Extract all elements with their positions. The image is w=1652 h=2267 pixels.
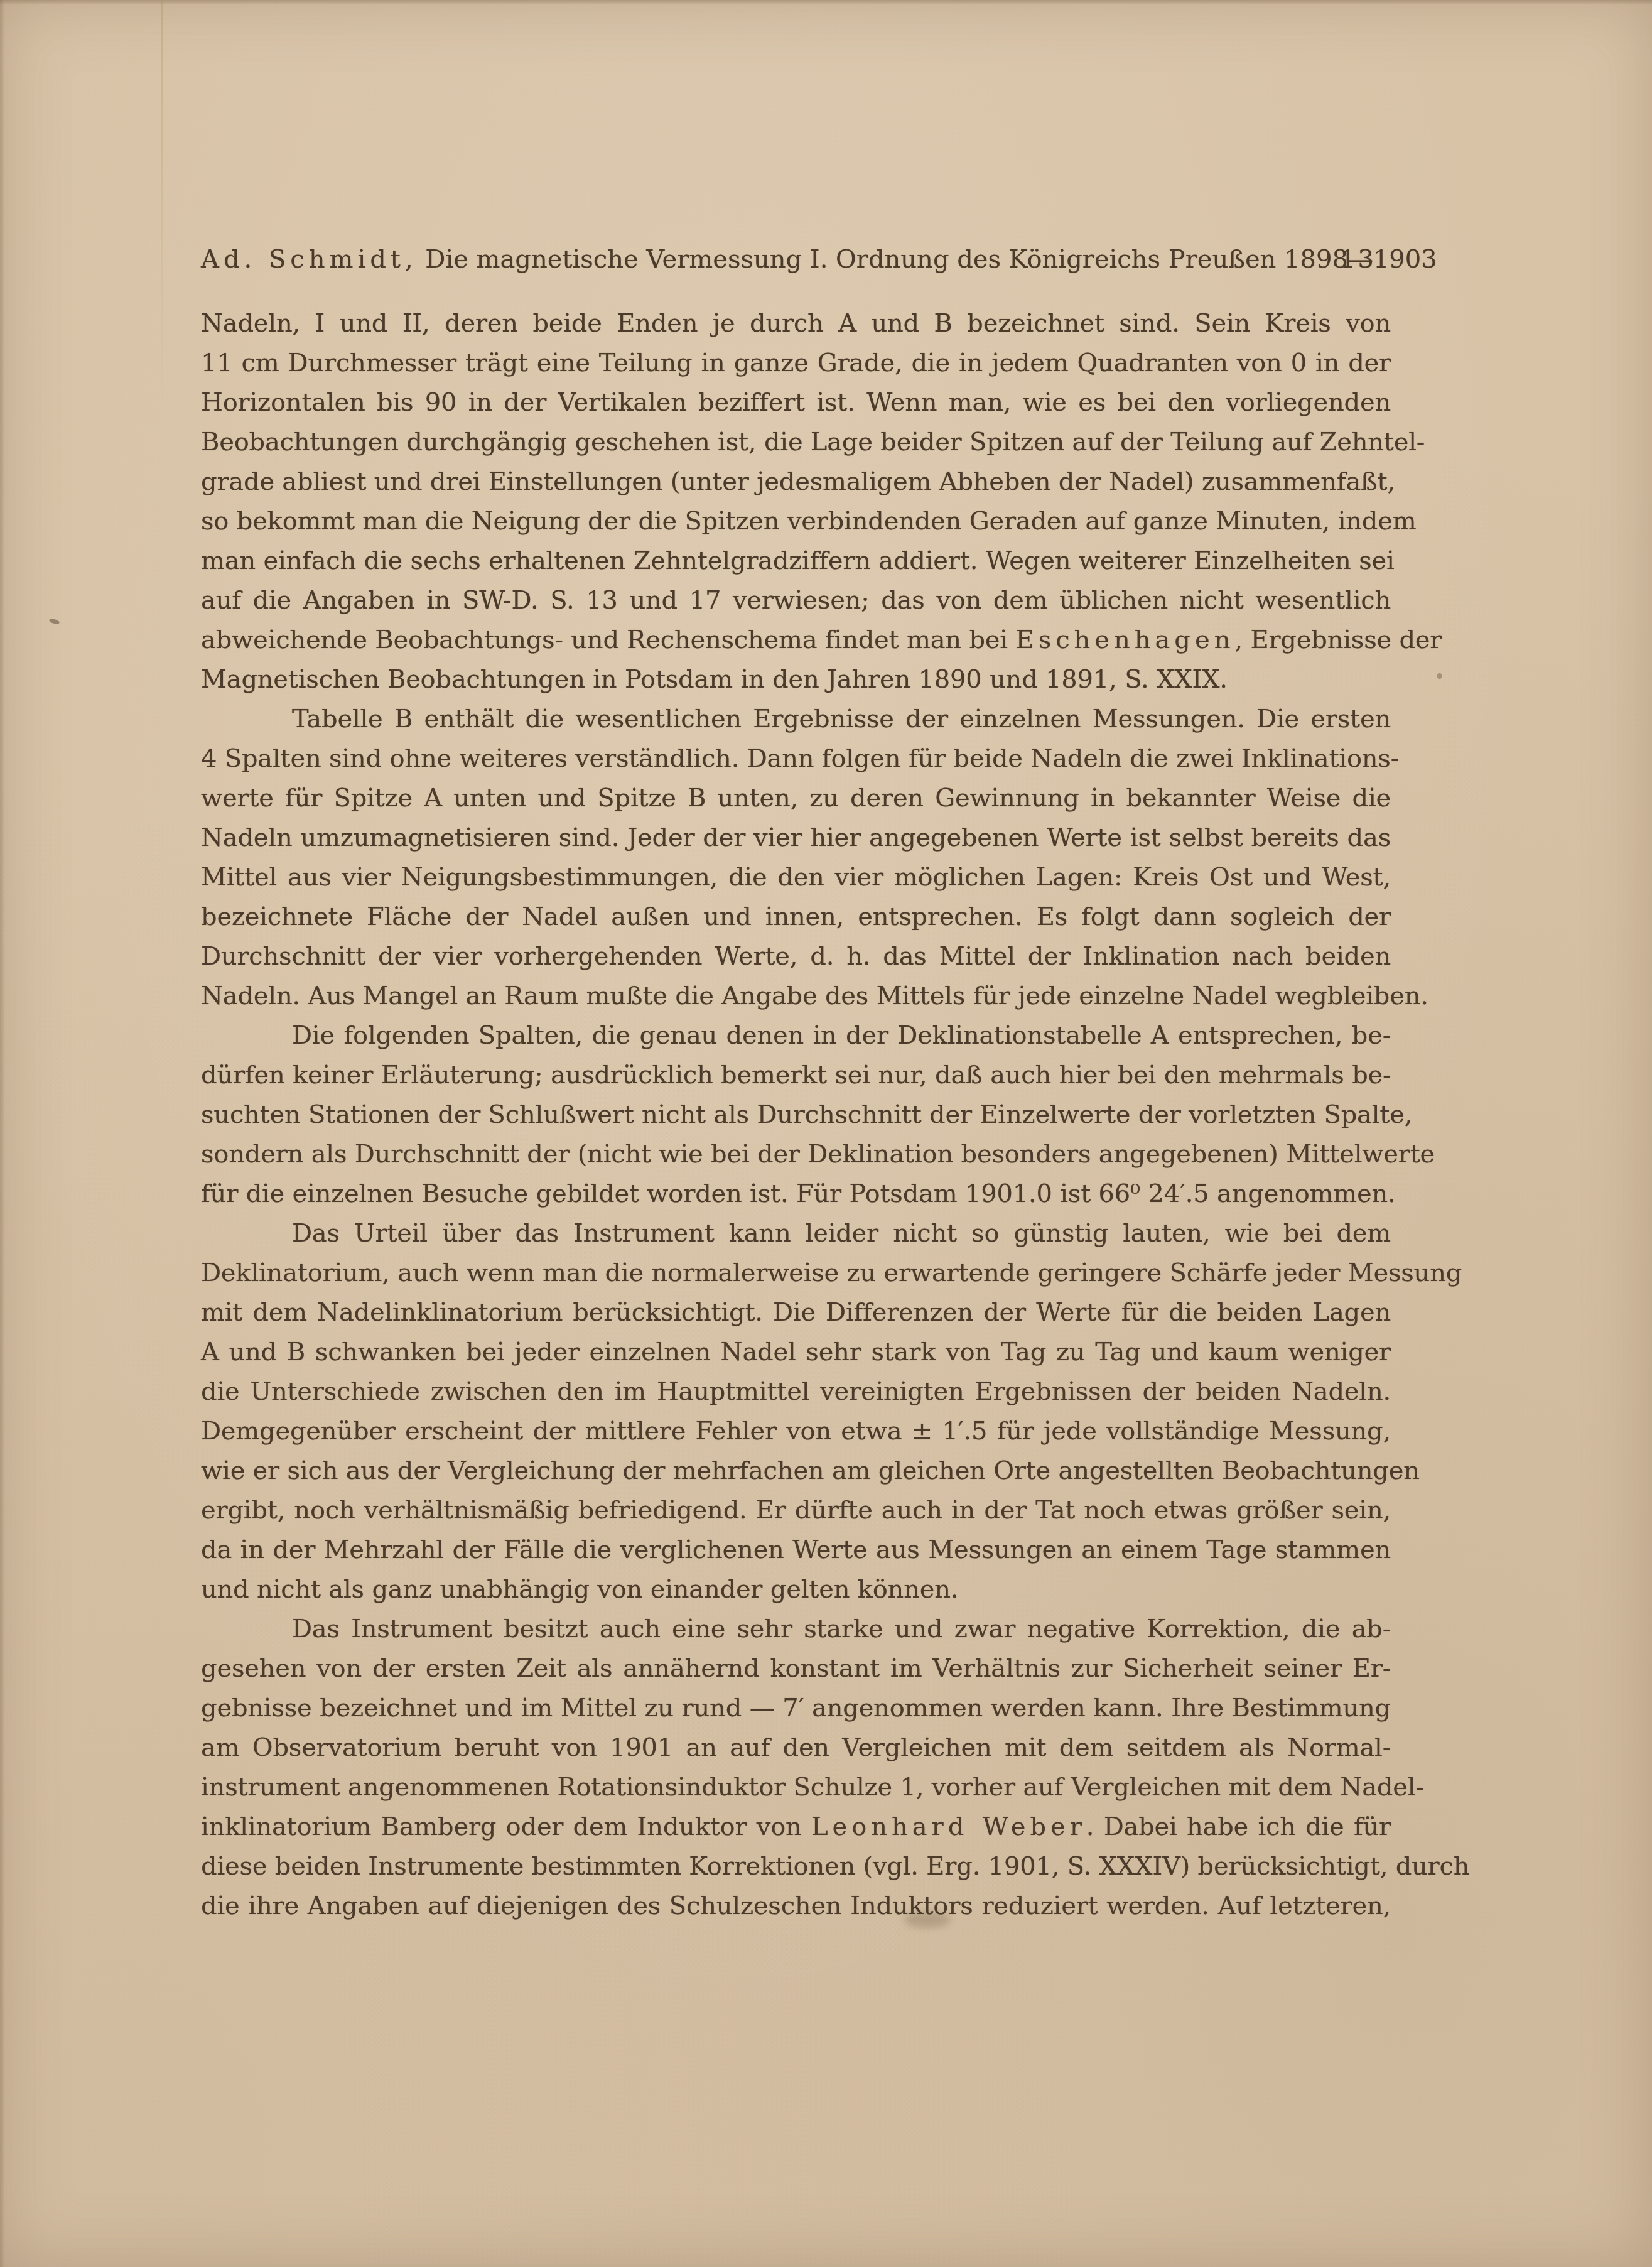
text-run: 4 Spalten sind ohne weiteres verständlic…: [201, 744, 1399, 773]
text-line: Magnetischen Beobachtungen in Potsdam in…: [201, 660, 1391, 700]
text-line: Beobachtungen durchgängig geschehen ist,…: [201, 423, 1391, 462]
scanned-book-page: Ad. Schmidt, Die magnetische Vermessung …: [0, 0, 1652, 2267]
running-head: Ad. Schmidt, Die magnetische Vermessung …: [201, 243, 1391, 276]
paragraph: Das Urteil über das Instrument kann leid…: [201, 1214, 1391, 1610]
text-line: diese beiden Instrumente bestimmten Korr…: [201, 1847, 1391, 1886]
text-line: Horizontalen bis 90 in der Vertikalen be…: [201, 383, 1391, 423]
text-run: sondern als Durchschnitt der (nicht wie …: [201, 1140, 1435, 1169]
text-run: Demgegenüber erscheint der mittlere Fehl…: [201, 1417, 1391, 1446]
text-line: Das Urteil über das Instrument kann leid…: [201, 1214, 1391, 1253]
text-run: Nadeln, I und II, deren beide Enden je d…: [201, 309, 1391, 338]
text-line: abweichende Beobachtungs- und Rechensche…: [201, 620, 1391, 660]
text-line: man einfach die sechs erhaltenen Zehntel…: [201, 541, 1391, 581]
text-run: 11 cm Durchmesser trägt eine Teilung in …: [201, 349, 1391, 377]
text-line: Demgegenüber erscheint der mittlere Fehl…: [201, 1412, 1391, 1451]
text-line: Nadeln. Aus Mangel an Raum mußte die Ang…: [201, 977, 1391, 1016]
text-line: mit dem Nadelinklinatorium berücksichtig…: [201, 1293, 1391, 1333]
text-line: 4 Spalten sind ohne weiteres verständlic…: [201, 739, 1391, 779]
page-body-text: Nadeln, I und II, deren beide Enden je d…: [201, 304, 1391, 1926]
paragraph: Das Instrument besitzt auch eine sehr st…: [201, 1610, 1391, 1926]
text-line: und nicht als ganz unabhängig von einand…: [201, 1570, 1391, 1610]
text-run: Das Urteil über das Instrument kann leid…: [292, 1219, 1391, 1248]
text-run: A und B schwanken bei jeder einzelnen Na…: [201, 1338, 1391, 1366]
text-line: für die einzelnen Besuche gebildet worde…: [201, 1174, 1391, 1214]
text-line: gesehen von der ersten Zeit als annähern…: [201, 1649, 1391, 1689]
page-left-edge-shadow: [0, 0, 5, 2267]
text-run: am Observatorium beruht von 1901 an auf …: [201, 1733, 1391, 1762]
running-head-author: Ad. Schmidt,: [201, 245, 418, 274]
text-line: ergibt, noch verhältnismäßig befriedigen…: [201, 1491, 1391, 1530]
text-run: . Dabei habe ich die für: [1086, 1812, 1391, 1841]
text-run: mit dem Nadelinklinatorium berücksichtig…: [201, 1298, 1391, 1327]
text-run: Die folgenden Spalten, die genau denen i…: [292, 1021, 1391, 1050]
text-run: , Ergebnisse der: [1234, 625, 1442, 654]
text-line: Mittel aus vier Neigungsbestimmungen, di…: [201, 858, 1391, 897]
text-run: wie er sich aus der Vergleichung der meh…: [201, 1456, 1420, 1485]
letterspaced-name: Eschenhagen: [1015, 625, 1234, 654]
text-run: man einfach die sechs erhaltenen Zehntel…: [201, 546, 1395, 575]
text-line: Das Instrument besitzt auch eine sehr st…: [201, 1610, 1391, 1649]
text-run: Nadeln. Aus Mangel an Raum mußte die Ang…: [201, 982, 1428, 1010]
text-line: gebnisse bezeichnet und im Mittel zu run…: [201, 1689, 1391, 1728]
page-number: 13: [1340, 243, 1376, 276]
letterspaced-name: Leonhard Weber: [811, 1812, 1086, 1841]
text-line: dürfen keiner Erläuterung; ausdrücklich …: [201, 1056, 1391, 1095]
text-run: inklinatorium Bamberg oder dem Induktor …: [201, 1812, 811, 1841]
text-run: Mittel aus vier Neigungsbestimmungen, di…: [201, 863, 1391, 892]
text-run: Durchschnitt der vier vorhergehenden Wer…: [201, 942, 1391, 971]
text-run: und nicht als ganz unabhängig von einand…: [201, 1575, 958, 1604]
page-top-edge-shadow: [0, 0, 1652, 5]
text-line: grade abliest und drei Einstellungen (un…: [201, 462, 1391, 502]
text-line: A und B schwanken bei jeder einzelnen Na…: [201, 1333, 1391, 1372]
text-line: Nadeln umzumagnetisieren sind. Jeder der…: [201, 818, 1391, 858]
paragraph: Nadeln, I und II, deren beide Enden je d…: [201, 304, 1391, 700]
text-line: werte für Spitze A unten und Spitze B un…: [201, 779, 1391, 818]
text-line: da in der Mehrzahl der Fälle die verglic…: [201, 1530, 1391, 1570]
text-run: die ihre Angaben auf diejenigen des Schu…: [201, 1891, 1391, 1920]
text-line: die ihre Angaben auf diejenigen des Schu…: [201, 1886, 1391, 1926]
text-line: Tabelle B enthält die wesentlichen Ergeb…: [201, 700, 1391, 739]
text-run: Horizontalen bis 90 in der Vertikalen be…: [201, 388, 1391, 417]
scan-line-artifact: [161, 0, 163, 414]
text-line: die Unterschiede zwischen den im Hauptmi…: [201, 1372, 1391, 1412]
text-run: Magnetischen Beobachtungen in Potsdam in…: [201, 665, 1228, 694]
text-line: bezeichnete Fläche der Nadel außen und i…: [201, 897, 1391, 937]
text-line: instrument angenommenen Rotationsindukto…: [201, 1768, 1391, 1807]
text-line: inklinatorium Bamberg oder dem Induktor …: [201, 1807, 1391, 1847]
text-line: Deklinatorium, auch wenn man die normale…: [201, 1253, 1391, 1293]
text-line: sondern als Durchschnitt der (nicht wie …: [201, 1135, 1391, 1174]
text-run: abweichende Beobachtungs- und Rechensche…: [201, 625, 1015, 654]
text-line: suchten Stationen der Schlußwert nicht a…: [201, 1095, 1391, 1135]
text-run: Beobachtungen durchgängig geschehen ist,…: [201, 428, 1425, 457]
text-run: da in der Mehrzahl der Fälle die verglic…: [201, 1535, 1391, 1564]
paragraph: Tabelle B enthält die wesentlichen Ergeb…: [201, 700, 1391, 1016]
text-run: bezeichnete Fläche der Nadel außen und i…: [201, 902, 1391, 931]
text-run: Nadeln umzumagnetisieren sind. Jeder der…: [201, 823, 1391, 852]
text-run: Das Instrument besitzt auch eine sehr st…: [292, 1615, 1391, 1643]
text-run: grade abliest und drei Einstellungen (un…: [201, 467, 1395, 496]
text-line: Durchschnitt der vier vorhergehenden Wer…: [201, 937, 1391, 977]
text-run: Deklinatorium, auch wenn man die normale…: [201, 1258, 1462, 1287]
text-run: gesehen von der ersten Zeit als annähern…: [201, 1654, 1391, 1683]
text-line: auf die Angaben in SW-D. S. 13 und 17 ve…: [201, 581, 1391, 620]
running-head-title-rest: Die magnetische Vermessung I. Ordnung de…: [418, 245, 1437, 274]
running-head-title: Ad. Schmidt, Die magnetische Vermessung …: [201, 243, 1391, 276]
text-line: so bekommt man die Neigung der die Spitz…: [201, 502, 1391, 541]
text-line: am Observatorium beruht von 1901 an auf …: [201, 1728, 1391, 1768]
ink-speck: [48, 618, 60, 625]
text-run: ergibt, noch verhältnismäßig befriedigen…: [201, 1496, 1391, 1525]
ink-speck: [1437, 673, 1442, 679]
text-run: für die einzelnen Besuche gebildet worde…: [201, 1179, 1396, 1208]
text-line: Nadeln, I und II, deren beide Enden je d…: [201, 304, 1391, 344]
text-run: werte für Spitze A unten und Spitze B un…: [201, 784, 1391, 813]
text-run: Tabelle B enthält die wesentlichen Ergeb…: [292, 705, 1391, 733]
text-run: instrument angenommenen Rotationsindukto…: [201, 1773, 1424, 1802]
text-run: auf die Angaben in SW-D. S. 13 und 17 ve…: [201, 586, 1391, 615]
text-run: so bekommt man die Neigung der die Spitz…: [201, 507, 1416, 536]
text-line: 11 cm Durchmesser trägt eine Teilung in …: [201, 344, 1391, 383]
text-run: dürfen keiner Erläuterung; ausdrücklich …: [201, 1061, 1391, 1090]
text-run: gebnisse bezeichnet und im Mittel zu run…: [201, 1694, 1391, 1723]
text-run: suchten Stationen der Schlußwert nicht a…: [201, 1100, 1412, 1129]
text-run: diese beiden Instrumente bestimmten Korr…: [201, 1852, 1469, 1881]
text-line: wie er sich aus der Vergleichung der meh…: [201, 1451, 1391, 1491]
paragraph: Die folgenden Spalten, die genau denen i…: [201, 1016, 1391, 1214]
text-run: die Unterschiede zwischen den im Hauptmi…: [201, 1377, 1391, 1406]
text-line: Die folgenden Spalten, die genau denen i…: [201, 1016, 1391, 1056]
